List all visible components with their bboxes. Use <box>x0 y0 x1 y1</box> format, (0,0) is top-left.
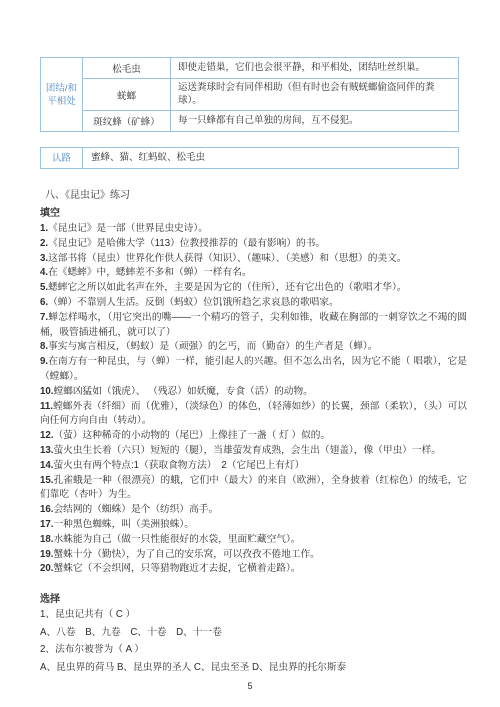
item-text: 蝉怎样喝水，（用它突出的嘴——一个精巧的管子，尖利如锥，收藏在胸部的一刺穿饮之不… <box>40 312 467 338</box>
item-number: 5. <box>40 282 48 293</box>
fill-item: 11.螳螂外表（纤细）而（优雅），（淡绿色）的体色，（轻薄如纱）的长翼，颈部（柔… <box>40 400 467 430</box>
document-page: 团结/和 平相处 松毛虫 即使走错巢，它们也会很平静，和平相处，团结吐丝织巢。 … <box>0 0 500 707</box>
fill-heading: 填空 <box>40 207 500 220</box>
desc-cell: 即使走错巢，它们也会很平静，和平相处，团结吐丝织巢。 <box>171 58 459 79</box>
item-number: 11. <box>40 401 53 412</box>
item-text: 在《蟋蟀》中，蟋蟀差不多和（蝉）一样有名。 <box>48 267 251 278</box>
item-number: 12. <box>40 430 53 441</box>
fill-item: 14.萤火虫有两个特点:1（获取食物方法） 2（它尾巴上有灯） <box>40 459 467 474</box>
item-number: 1. <box>40 223 48 234</box>
item-number: 10. <box>40 386 53 397</box>
item-text: 这部书将（昆虫）世界化作供人获得（知识）、（趣味）、（美感）和（思想）的美文。 <box>48 253 406 264</box>
item-number: 9. <box>40 356 48 367</box>
desc-cell: 运送粪球时会有同伴相助（但有时也会有贼蜣螂偷盗同伴的粪球）。 <box>171 79 459 111</box>
fill-item: 15.孔雀蛾是一种（很漂亮）的蛾，它们中（最大）的来自（欧洲），全身披着（红棕色… <box>40 474 467 504</box>
choice-line: 1、昆虫记共有（ C ） <box>40 608 500 623</box>
item-text: 事实与寓言相反，（蚂蚁）是（顽强）的乞丐，而（勤奋）的生产者是（蝉）。 <box>48 341 377 352</box>
table-row: 团结/和 平相处 松毛虫 即使走错巢，它们也会很平静，和平相处，团结吐丝织巢。 <box>41 58 459 79</box>
route-value-cell: 蜜蜂、猫、红蚂蚁、松毛虫 <box>83 148 459 169</box>
item-number: 6. <box>40 297 48 308</box>
item-text: （萤）这种稀奇的小动物的（尾巴）上像挂了一盏（ 灯 ）似的。 <box>53 430 330 441</box>
fill-item: 6.（蝉）不靠别人生活。反倒（蚂蚁）位饥饿所趋乞求哀恳的歌唱家。 <box>40 296 467 311</box>
fill-item-list: 1.《昆虫记》是一部（世界昆虫史诗）。 2.《昆虫记》是哈佛大学（113）位教授… <box>0 222 500 577</box>
item-number: 13. <box>40 445 53 456</box>
habits-table: 团结/和 平相处 松毛虫 即使走错巢，它们也会很平静，和平相处，团结吐丝织巢。 … <box>40 57 459 132</box>
choice-line: 2、法布尔被誉为（ A ） <box>40 643 500 658</box>
route-label-cell: 认路 <box>41 148 83 169</box>
item-number: 7. <box>40 312 48 323</box>
fill-item: 8.事实与寓言相反，（蚂蚁）是（顽强）的乞丐，而（勤奋）的生产者是（蝉）。 <box>40 340 467 355</box>
item-text: 蟋蟀它之所以如此名声在外，主要是因为它的（住所），还有它出色的（歌唱才华）。 <box>48 282 406 293</box>
group-label-line2: 平相处 <box>44 95 79 108</box>
item-number: 2. <box>40 238 48 249</box>
item-text: 孔雀蛾是一种（很漂亮）的蛾，它们中（最大）的来自（欧洲），全身披着（红棕色）的绒… <box>40 475 467 501</box>
table-row: 认路 蜜蜂、猫、红蚂蚁、松毛虫 <box>41 148 459 169</box>
fill-item: 16.会结网的（蜘蛛）是个（纺织）高手。 <box>40 503 467 518</box>
fill-item: 2.《昆虫记》是哈佛大学（113）位教授推荐的（最有影响）的书。 <box>40 237 467 252</box>
item-text: 萤火虫生长着（六只）短短的（腿），当雄萤发育成熟，会生出（翅盖），像（甲虫）一样… <box>53 445 440 456</box>
fill-item: 12.（萤）这种稀奇的小动物的（尾巴）上像挂了一盏（ 灯 ）似的。 <box>40 429 467 444</box>
fill-item: 5.蟋蟀它之所以如此名声在外，主要是因为它的（住所），还有它出色的（歌唱才华）。 <box>40 281 467 296</box>
section-title: 八、《昆虫记》练习 <box>45 189 500 202</box>
item-number: 14. <box>40 460 53 471</box>
fill-item: 17.一种黑色蜘蛛，叫（美洲狼蛛）。 <box>40 518 467 533</box>
table-row: 蜣螂 运送粪球时会有同伴相助（但有时也会有贼蜣螂偷盗同伴的粪球）。 <box>41 79 459 111</box>
item-text: 在南方有一种昆虫，与（蝉）一样，能引起人的兴趣。但不怎么出名，因为它不能（ 唱歌… <box>40 356 467 382</box>
item-text: 一种黑色蜘蛛，叫（美洲狼蛛）。 <box>53 519 193 530</box>
item-text: 水蛛能为自己（做一只性能很好的水袋，里面贮藏空气）。 <box>53 534 300 545</box>
item-text: 《昆虫记》是哈佛大学（113）位教授推荐的（最有影响）的书。 <box>48 238 325 249</box>
fill-item: 13.萤火虫生长着（六只）短短的（腿），当雄萤发育成熟，会生出（翅盖），像（甲虫… <box>40 444 467 459</box>
item-number: 15. <box>40 475 53 486</box>
item-number: 20. <box>40 563 53 574</box>
fill-item: 20.蟹蛛它（不会织网，只等猎物跑近才去捉，它横着走路）。 <box>40 562 467 577</box>
item-number: 4. <box>40 267 48 278</box>
item-number: 16. <box>40 504 53 515</box>
group-label-cell: 团结/和 平相处 <box>41 58 83 132</box>
item-number: 17. <box>40 519 53 530</box>
item-text: 螳螂外表（纤细）而（优雅），（淡绿色）的体色，（轻薄如纱）的长翼，颈部（柔软），… <box>40 401 467 427</box>
item-text: 萤火虫有两个特点:1（获取食物方法） 2（它尾巴上有灯） <box>53 460 304 471</box>
fill-item: 3.这部书将（昆虫）世界化作供人获得（知识）、（趣味）、（美感）和（思想）的美文… <box>40 252 467 267</box>
fill-item: 7.蝉怎样喝水，（用它突出的嘴——一个精巧的管子，尖利如锥，收藏在胸部的一刺穿饮… <box>40 311 467 341</box>
fill-item: 18.水蛛能为自己（做一只性能很好的水袋，里面贮藏空气）。 <box>40 533 467 548</box>
choice-line: A、昆虫界的荷马 B、昆虫界的圣人 C、昆虫至圣 D、昆虫界的托尔斯泰 <box>40 661 500 676</box>
fill-item: 9.在南方有一种昆虫，与（蝉）一样，能引起人的兴趣。但不怎么出名，因为它不能（ … <box>40 355 467 385</box>
fill-item: 1.《昆虫记》是一部（世界昆虫史诗）。 <box>40 222 467 237</box>
item-text: 蟹蛛它（不会织网，只等猎物跑近才去捉，它横着走路）。 <box>53 563 300 574</box>
desc-cell: 每一只蜂都有自己单独的房间，互不侵犯。 <box>171 111 459 132</box>
choice-heading: 选择 <box>40 593 500 606</box>
item-text: 《昆虫记》是一部（世界昆虫史诗）。 <box>48 223 208 234</box>
fill-item: 19.蟹蛛十分（勤快），为了自己的安乐窝，可以孜孜不倦地工作。 <box>40 548 467 563</box>
page-number: 5 <box>0 681 500 691</box>
choice-line: A、八卷 B、九卷 C、十卷 D、十一卷 <box>40 626 500 641</box>
item-text: （蝉）不靠别人生活。反倒（蚂蚁）位饥饿所趋乞求哀恳的歌唱家。 <box>48 297 339 308</box>
item-text: 蟹蛛十分（勤快），为了自己的安乐窝，可以孜孜不倦地工作。 <box>53 549 319 560</box>
group-label-line1: 团结/和 <box>44 82 79 95</box>
item-number: 19. <box>40 549 53 560</box>
insect-cell: 斑纹蜂（矿蜂） <box>83 111 171 132</box>
item-text: 会结网的（蜘蛛）是个（纺织）高手。 <box>53 504 218 515</box>
item-number: 8. <box>40 341 48 352</box>
insect-cell: 松毛虫 <box>83 58 171 79</box>
choice-list: 1、昆虫记共有（ C ） A、八卷 B、九卷 C、十卷 D、十一卷 2、法布尔被… <box>0 608 500 676</box>
table-row: 斑纹蜂（矿蜂） 每一只蜂都有自己单独的房间，互不侵犯。 <box>41 111 459 132</box>
fill-item: 10.螳螂凶猛如（饿虎）、 （残忍）如妖魔，专食（活）的动物。 <box>40 385 467 400</box>
insect-cell: 蜣螂 <box>83 79 171 111</box>
item-number: 18. <box>40 534 53 545</box>
fill-item: 4.在《蟋蟀》中，蟋蟀差不多和（蝉）一样有名。 <box>40 266 467 281</box>
item-text: 螳螂凶猛如（饿虎）、 （残忍）如妖魔，专食（活）的动物。 <box>53 386 312 397</box>
item-number: 3. <box>40 253 48 264</box>
route-table: 认路 蜜蜂、猫、红蚂蚁、松毛虫 <box>40 147 459 169</box>
